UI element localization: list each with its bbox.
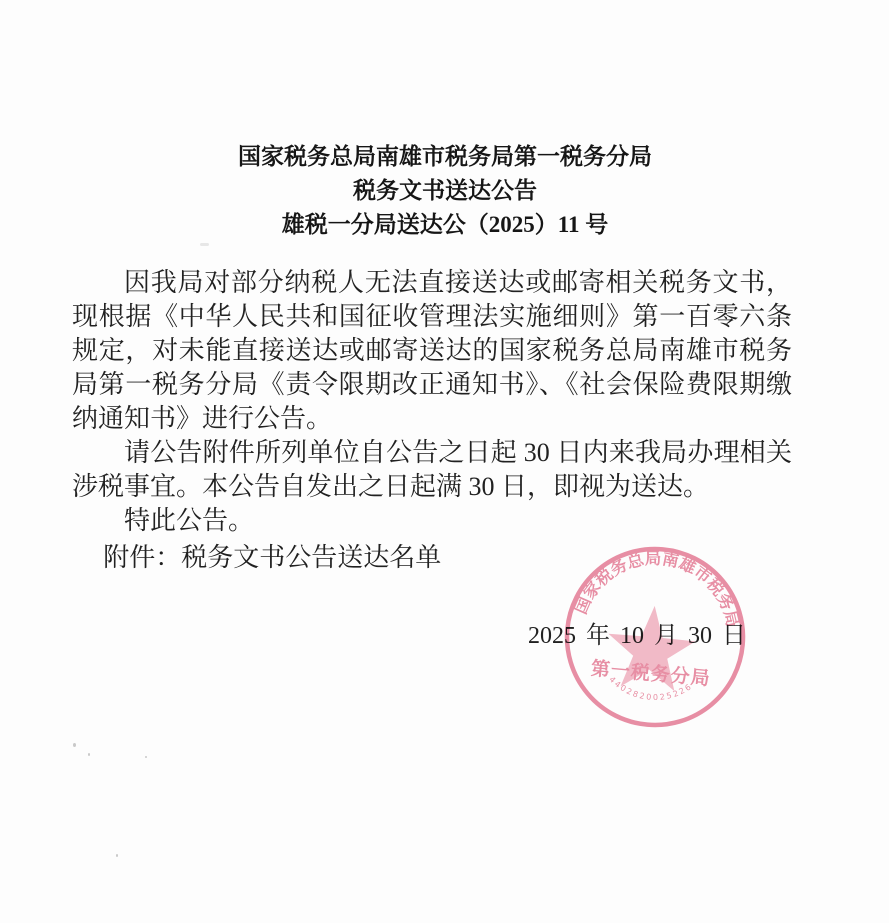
paper-speck — [88, 753, 90, 756]
attachment-line: 附件：税务文书公告送达名单 — [72, 541, 792, 575]
title-doc-number: 雄税一分局送达公（2025）11 号 — [85, 208, 805, 242]
title-subject: 税务文书送达公告 — [85, 174, 805, 208]
document-title: 国家税务总局南雄市税务局第一税务分局 税务文书送达公告 雄税一分局送达公（202… — [85, 140, 805, 242]
title-office: 国家税务总局南雄市税务局第一税务分局 — [85, 140, 805, 174]
stamp-branch-text: 第一税务分局 — [590, 657, 712, 690]
paper-speck — [73, 743, 76, 747]
document-page: 国家税务总局南雄市税务局第一税务分局 税务文书送达公告 雄税一分局送达公（202… — [0, 0, 889, 923]
svg-text:4402820025226: 4402820025226 — [606, 674, 695, 705]
body-paragraph-1: 因我局对部分纳税人无法直接送达或邮寄相关税务文书，现根据《中华人民共和国征收管理… — [72, 266, 792, 436]
body-paragraph-3: 特此公告。 — [72, 504, 792, 538]
document-content: 国家税务总局南雄市税务局第一税务分局 税务文书送达公告 雄税一分局送达公（202… — [72, 140, 792, 653]
document-body: 因我局对部分纳税人无法直接送达或邮寄相关税务文书，现根据《中华人民共和国征收管理… — [72, 266, 792, 538]
paper-speck — [116, 854, 118, 857]
paper-speck — [145, 756, 147, 758]
stamp-serial-number: 4402820025226 — [606, 674, 695, 705]
issue-date: 2025 年 10 月 30 日 — [72, 619, 792, 653]
body-paragraph-2: 请公告附件所列单位自公告之日起 30 日内来我局办理相关涉税事宜。本公告自发出之… — [72, 436, 792, 504]
paper-smudge — [200, 243, 209, 246]
